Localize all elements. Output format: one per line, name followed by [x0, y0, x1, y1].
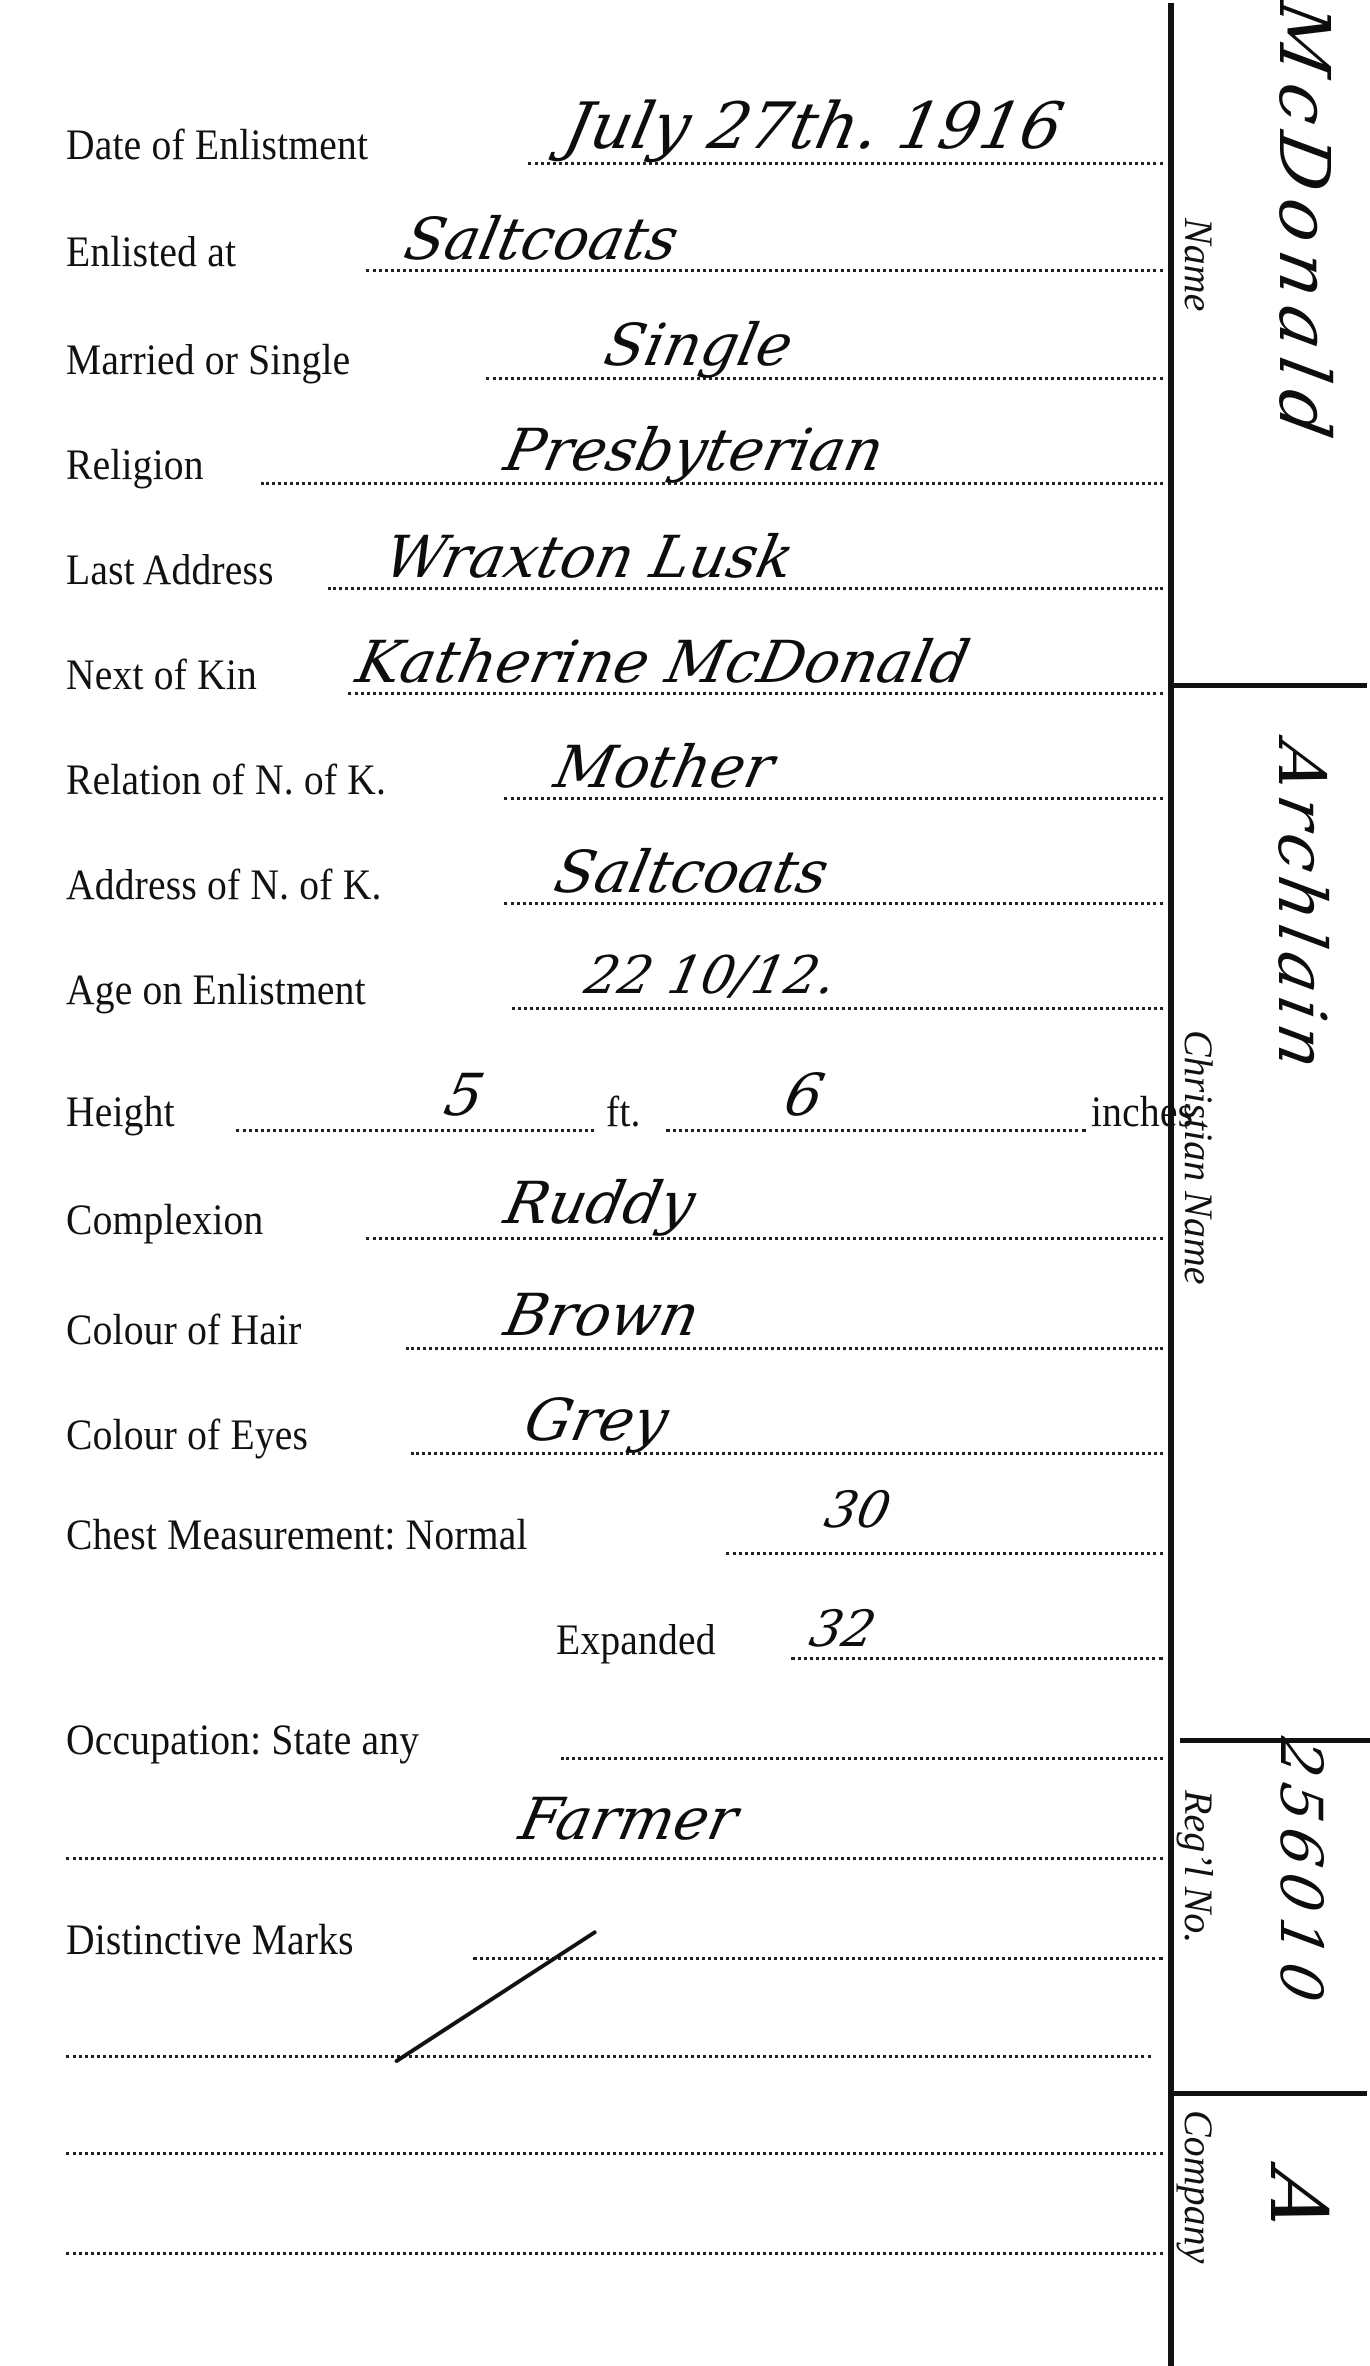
chest-normal-value: 30	[821, 1485, 895, 1535]
row-next-of-kin: Next of Kin Katherine McDonald	[66, 637, 1166, 697]
row-distinctive-marks-2	[66, 2000, 1166, 2060]
enlisted-at-label: Enlisted at	[66, 231, 236, 274]
height-inches-value: 6	[780, 1066, 829, 1124]
attestation-card: Date of Enlistment July 27th. 1916 Enlis…	[0, 0, 1370, 2366]
age-value: 22 10/12.	[580, 950, 840, 1002]
date-of-enlistment-value: July 27th. 1916	[559, 95, 1068, 159]
married-or-single-value: Single	[600, 316, 798, 374]
row-hair: Colour of Hair Brown	[66, 1292, 1166, 1352]
row-address-nok: Address of N. of K. Saltcoats	[66, 847, 1166, 907]
row-enlisted-at: Enlisted at Saltcoats	[66, 214, 1166, 274]
regtl-no-label: Reg’l No.	[1175, 1790, 1222, 1943]
address-nok-label: Address of N. of K.	[66, 864, 382, 907]
chest-normal-line	[726, 1552, 1163, 1555]
row-distinctive-marks-4	[66, 2197, 1166, 2257]
distinctive-marks-line-4	[66, 2252, 1163, 2255]
row-religion: Religion Presbyterian	[66, 427, 1166, 487]
chest-expanded-value: 32	[806, 1604, 880, 1654]
row-height: Height 5 ft. 6 inches	[66, 1074, 1166, 1134]
height-ft-label: ft.	[606, 1091, 641, 1134]
relation-nok-value: Mother	[550, 738, 779, 796]
chest-expanded-label: Expanded	[556, 1619, 716, 1662]
row-eyes: Colour of Eyes Grey	[66, 1397, 1166, 1457]
distinctive-marks-line-3	[66, 2152, 1163, 2155]
distinctive-marks-label: Distinctive Marks	[66, 1919, 354, 1962]
column-divider	[1168, 3, 1174, 2366]
eyes-value: Grey	[520, 1391, 673, 1449]
occupation-value: Farmer	[515, 1790, 743, 1848]
row-chest-expanded: Expanded 32	[66, 1602, 1166, 1662]
company-value: A	[1252, 2164, 1345, 2238]
religion-label: Religion	[66, 444, 204, 487]
company-label: Company	[1175, 2110, 1222, 2263]
last-address-value: Wraxton Lusk	[380, 528, 799, 586]
row-complexion: Complexion Ruddy	[66, 1182, 1166, 1242]
row-last-address: Last Address Wraxton Lusk	[66, 532, 1166, 592]
date-of-enlistment-label: Date of Enlistment	[66, 124, 368, 167]
occupation-label: Occupation: State any	[66, 1719, 419, 1762]
row-occupation: Occupation: State any	[66, 1702, 1166, 1762]
complexion-line	[366, 1237, 1163, 1240]
next-of-kin-value: Katherine McDonald	[352, 633, 975, 691]
distinctive-marks-line-1	[473, 1957, 1163, 1960]
next-of-kin-label: Next of Kin	[66, 654, 257, 697]
married-or-single-line	[486, 377, 1163, 380]
age-label: Age on Enlistment	[66, 969, 366, 1012]
row-chest-normal: Chest Measurement: Normal 30	[66, 1497, 1166, 1557]
height-feet-line	[236, 1129, 594, 1132]
enlisted-at-value: Saltcoats	[400, 210, 684, 268]
married-or-single-label: Married or Single	[66, 339, 350, 382]
regtl-no-value: 256010	[1267, 1733, 1335, 2014]
company-section-divider	[1172, 2091, 1367, 2096]
row-age: Age on Enlistment 22 10/12.	[66, 952, 1166, 1012]
distinctive-marks-line-2	[66, 2055, 1151, 2058]
name-label: Name	[1175, 218, 1222, 311]
hair-value: Brown	[500, 1286, 705, 1344]
age-line	[512, 1007, 1163, 1010]
address-nok-value: Saltcoats	[550, 843, 834, 901]
occupation-line-1	[561, 1757, 1163, 1760]
complexion-value: Ruddy	[500, 1174, 700, 1232]
row-date-of-enlistment: Date of Enlistment July 27th. 1916	[66, 107, 1166, 167]
hair-label: Colour of Hair	[66, 1309, 302, 1352]
last-address-label: Last Address	[66, 549, 274, 592]
row-married-or-single: Married or Single Single	[66, 322, 1166, 382]
christian-name-value: Archlain	[1263, 736, 1340, 1080]
row-distinctive-marks-3	[66, 2097, 1166, 2157]
relation-nok-label: Relation of N. of K.	[66, 759, 386, 802]
religion-value: Presbyterian	[500, 421, 889, 479]
christian-name-label: Christian Name	[1175, 1030, 1222, 1284]
eyes-label: Colour of Eyes	[66, 1414, 308, 1457]
height-feet-value: 5	[440, 1066, 489, 1124]
occupation-line-2	[66, 1857, 1163, 1860]
name-section-divider	[1172, 683, 1367, 688]
row-occupation-2: Farmer	[66, 1802, 1166, 1862]
complexion-label: Complexion	[66, 1199, 263, 1242]
row-relation-nok: Relation of N. of K. Mother	[66, 742, 1166, 802]
height-inches-line	[666, 1129, 1086, 1132]
height-label: Height	[66, 1091, 175, 1134]
row-distinctive-marks: Distinctive Marks	[66, 1902, 1166, 1962]
chest-normal-label: Chest Measurement: Normal	[66, 1514, 528, 1557]
name-value: McDonald	[1263, 0, 1345, 453]
